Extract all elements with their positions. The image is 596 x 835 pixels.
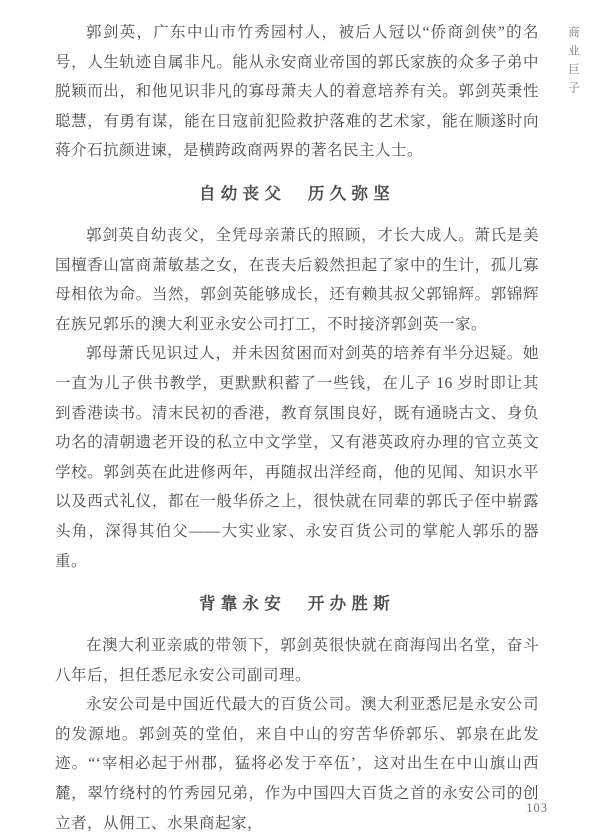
page-margin-title: 商业巨子	[565, 26, 581, 100]
text-area: 郭剑英，广东中山市竹秀园村人，被后人冠以“侨商剑侠”的名号，人生轨迹自属非凡。能…	[55, 18, 539, 835]
section-heading: 背靠永安 开办胜斯	[55, 589, 539, 619]
book-page: 商业巨子 郭剑英，广东中山市竹秀园村人，被后人冠以“侨商剑侠”的名号，人生轨迹自…	[0, 0, 596, 835]
body-paragraph: 郭剑英，广东中山市竹秀园村人，被后人冠以“侨商剑侠”的名号，人生轨迹自属非凡。能…	[55, 18, 539, 166]
body-paragraph: 在澳大利亚亲戚的带领下，郭剑英很快就在商海闯出名堂，奋斗八年后，担任悉尼永安公司…	[55, 631, 539, 690]
section-heading: 自幼丧父 历久弥坚	[55, 179, 539, 209]
body-paragraph: 永安公司是中国近代最大的百货公司。澳大利亚悉尼是永安公司的发源地。郭剑英的堂伯，…	[55, 690, 539, 835]
page-number: 103	[526, 801, 548, 816]
body-paragraph: 郭剑英自幼丧父，全凭母亲萧氏的照顾，才长大成人。萧氏是美国檀香山富商萧敏基之女，…	[55, 221, 539, 339]
body-paragraph: 郭母萧氏见识过人，并未因贫困而对剑英的培养有半分迟疑。她一直为儿子供书教学，更默…	[55, 339, 539, 576]
